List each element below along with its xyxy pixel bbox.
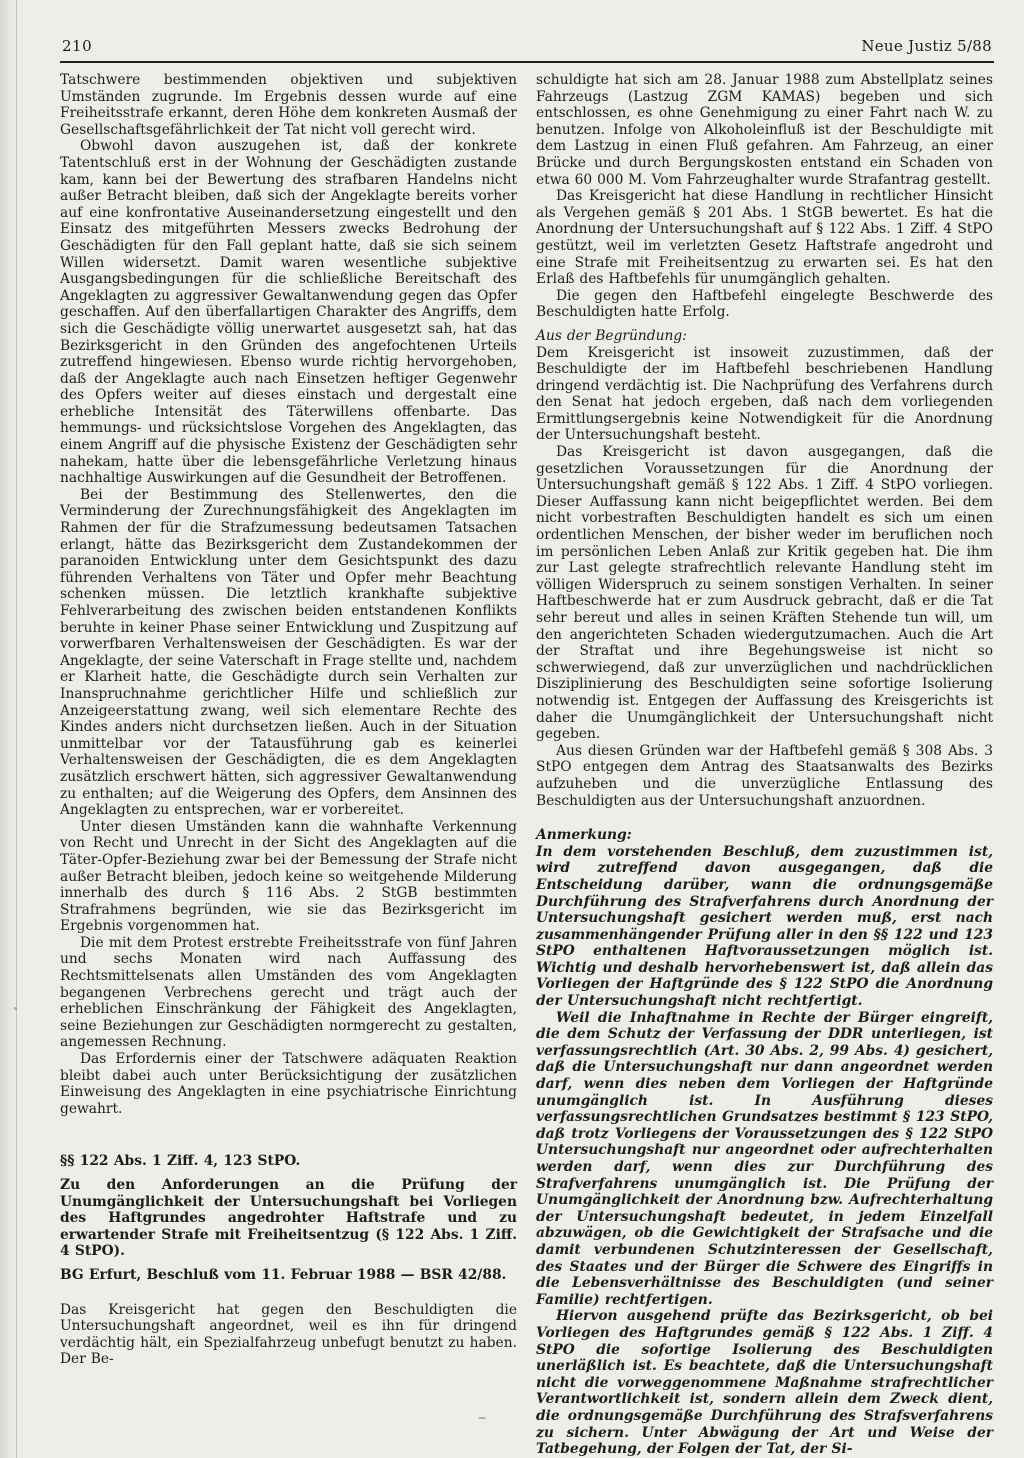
case-facts-start: Das Kreisgericht hat gegen den Beschuldi… — [60, 1302, 517, 1368]
paragraph: Obwohl davon auszugehen ist, daß der kon… — [60, 138, 517, 486]
journal-title: Neue Justiz 5/88 — [861, 37, 992, 55]
paragraph-continuation: Tatschwere bestimmenden objektiven und s… — [60, 72, 517, 138]
paragraph: Unter diesen Umständen kann die wahnhaft… — [60, 819, 517, 935]
header-rule — [60, 61, 994, 63]
paragraph: Das Erfordernis einer der Tatschwere adä… — [60, 1051, 517, 1117]
paragraph: Bei der Bestimmung des Stellenwertes, de… — [60, 487, 517, 819]
paragraph: Die gegen den Haftbefehl eingelegte Besc… — [536, 288, 993, 321]
scan-speck — [478, 1417, 486, 1419]
right-column: schuldigte hat sich am 28. Januar 1988 z… — [536, 72, 993, 1458]
paragraph: Die mit dem Protest erstrebte Freiheitss… — [60, 935, 517, 1051]
paragraph: Das Kreisgericht hat diese Handlung in r… — [536, 188, 993, 288]
headnote-statutes: §§ 122 Abs. 1 Ziff. 4, 123 StPO. — [60, 1153, 517, 1170]
annotation-paragraph: In dem vorstehenden Beschluß, dem zuzust… — [536, 844, 993, 1010]
reasons-heading: Aus der Begründung: — [536, 328, 993, 345]
page-number: 210 — [62, 37, 92, 55]
scan-edge — [0, 0, 17, 1458]
paragraph: Dem Kreisgericht ist insoweit zuzustimme… — [536, 345, 993, 445]
paragraph: Aus diesen Gründen war der Haftbefehl ge… — [536, 743, 993, 809]
scan-speck — [14, 1007, 17, 1010]
left-column: Tatschwere bestimmenden objektiven und s… — [60, 72, 517, 1458]
headnote-title: Zu den Anforderungen an die Prüfung der … — [60, 1177, 517, 1260]
paragraph: Das Kreisgericht ist davon ausgegangen, … — [536, 444, 993, 743]
annotation-paragraph: Hiervon ausgehend prüfte das Bezirksgeri… — [536, 1308, 993, 1457]
annotation-heading: Anmerkung: — [536, 827, 993, 844]
text-columns: Tatschwere bestimmenden objektiven und s… — [60, 72, 994, 1458]
case-facts-continued: schuldigte hat sich am 28. Januar 1988 z… — [536, 72, 993, 188]
headnote-reference: BG Erfurt, Beschluß vom 11. Februar 1988… — [60, 1267, 517, 1284]
annotation-paragraph: Weil die Inhaftnahme in Rechte der Bürge… — [536, 1010, 993, 1309]
